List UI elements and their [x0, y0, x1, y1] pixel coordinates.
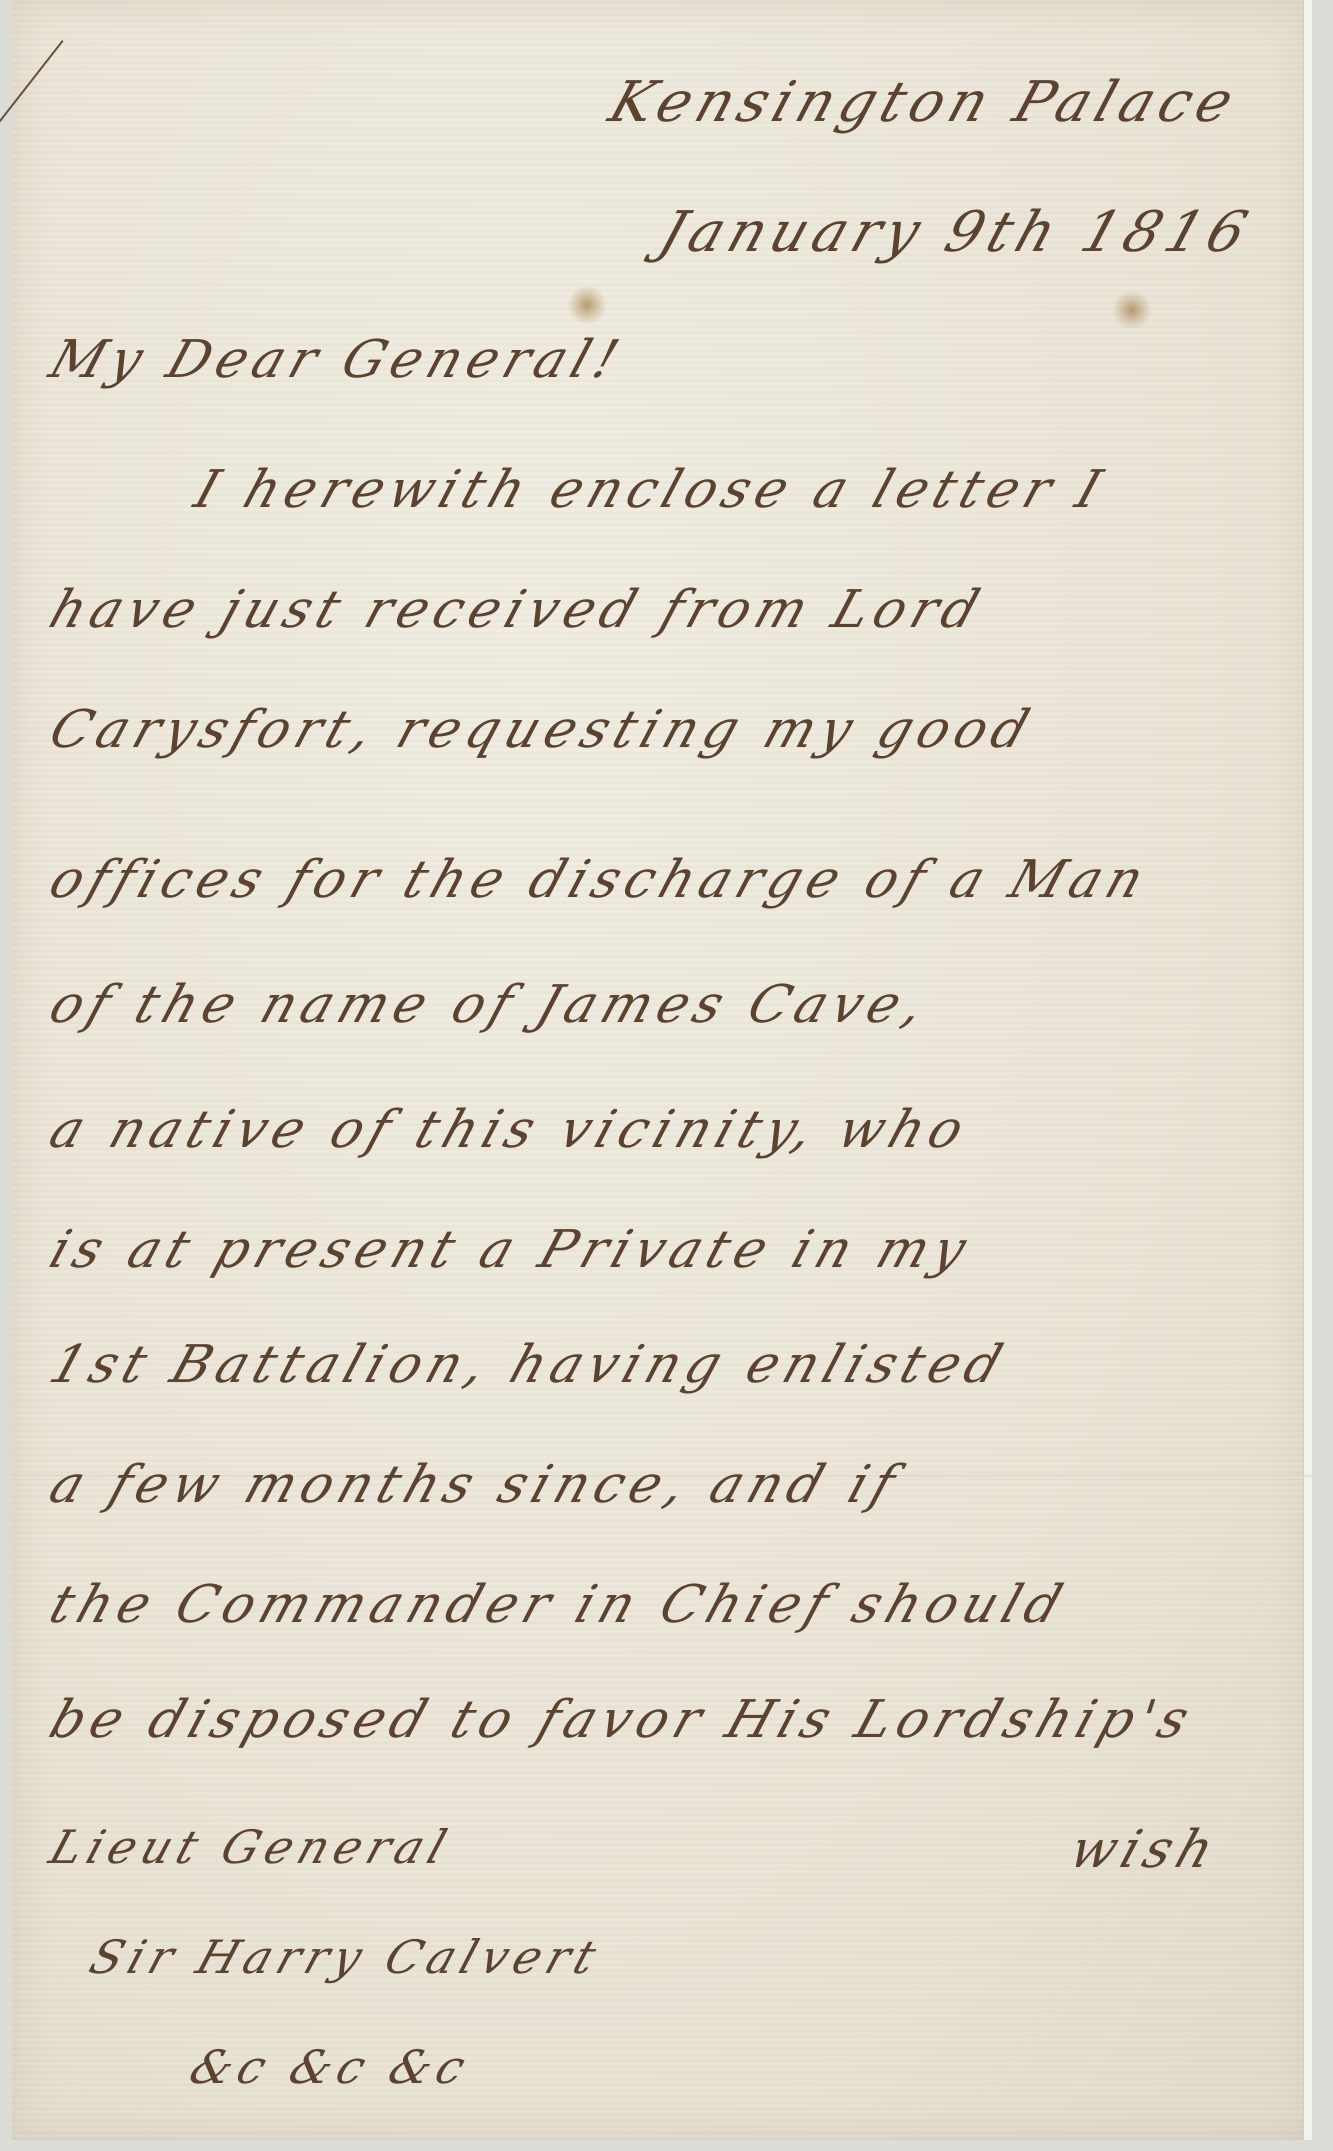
body-line: 1st Battalion, having enlisted [42, 1335, 1015, 1395]
body-line: of the name of James Cave, [42, 975, 937, 1035]
page-edge [1303, 0, 1312, 2140]
body-line: offices for the discharge of a Man [42, 850, 1157, 910]
letter-page: Kensington Palace January 9th 1816 My De… [12, 0, 1312, 2140]
body-line: be disposed to favor His Lordship's [42, 1690, 1202, 1750]
letter-place: Kensington Palace [601, 70, 1247, 135]
continuation-word: wish [1062, 1820, 1227, 1880]
addressee-name: Sir Harry Calvert [83, 1930, 609, 1984]
body-line: a few months since, and if [42, 1455, 908, 1515]
ink-stain [567, 285, 607, 325]
margin-stroke [0, 40, 64, 191]
body-line: is at present a Private in my [42, 1220, 979, 1280]
body-line: I herewith enclose a letter I [187, 460, 1114, 520]
body-line: Carysfort, requesting my good [42, 700, 1042, 760]
body-line: a native of this vicinity, who [42, 1100, 977, 1160]
letter-date: January 9th 1816 [651, 200, 1260, 265]
body-line: have just received from Lord [42, 580, 992, 640]
addressee-etc: &c &c &c [183, 2040, 478, 2094]
addressee-title: Lieut General [43, 1820, 459, 1874]
ink-stain [1112, 290, 1152, 330]
salutation: My Dear General! [42, 330, 631, 390]
body-line: the Commander in Chief should [42, 1575, 1075, 1635]
